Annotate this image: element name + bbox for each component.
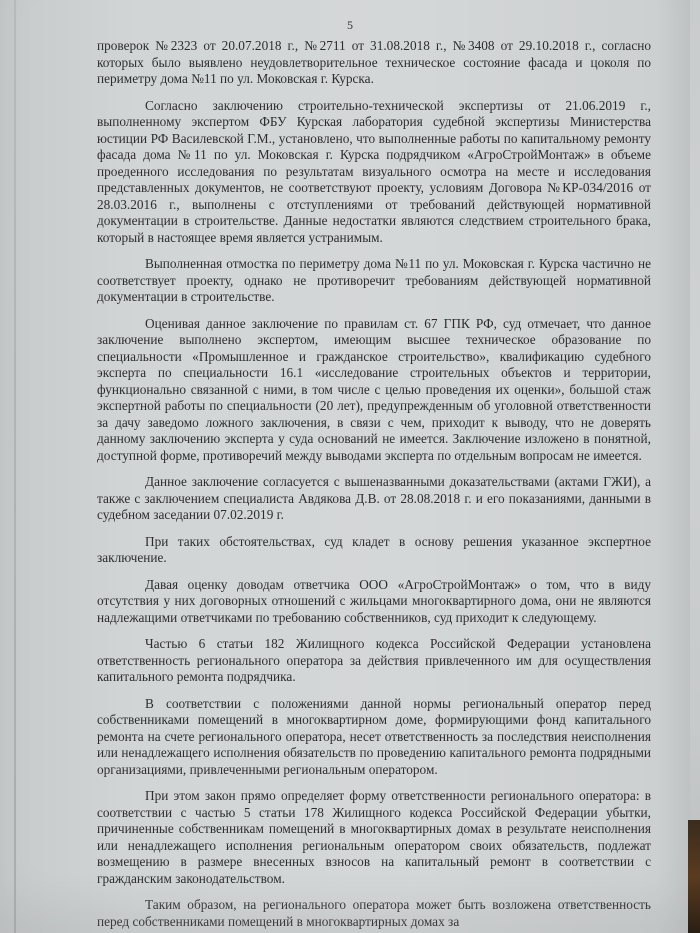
paper-fold-line xyxy=(14,0,16,933)
paragraph-basis: При таких обстоятельствах, суд кладет в … xyxy=(97,534,651,567)
paragraph-article-182: Частью 6 статьи 182 Жилищного кодекса Ро… xyxy=(97,636,651,686)
paragraph-evaluation: Оценивая данное заключение по правилам с… xyxy=(97,316,651,465)
document-body: проверок №2323 от 20.07.2018 г., №2711 о… xyxy=(97,38,651,933)
paragraph-expert-conclusion: Согласно заключению строительно-техничес… xyxy=(97,98,651,247)
paragraph-defendant-argument: Давая оценку доводам ответчика ООО «Агро… xyxy=(97,577,651,627)
paragraph-blind-area: Выполненная отмостка по периметру дома №… xyxy=(97,256,651,306)
paragraph-operator-liability: В соответствии с положениями данной норм… xyxy=(97,696,651,779)
page-number: 5 xyxy=(0,18,700,33)
paragraph-inspections: проверок №2323 от 20.07.2018 г., №2711 о… xyxy=(97,38,651,88)
paragraph-consistency: Данное заключение согласуется с вышеназв… xyxy=(97,474,651,524)
paragraph-conclusion-partial: Таким образом, на регионального оператор… xyxy=(97,897,651,930)
paragraph-article-178: При этом закон прямо определяет форму от… xyxy=(97,788,651,887)
document-page: 5 проверок №2323 от 20.07.2018 г., №2711… xyxy=(0,0,690,933)
table-surface-edge xyxy=(688,820,700,933)
